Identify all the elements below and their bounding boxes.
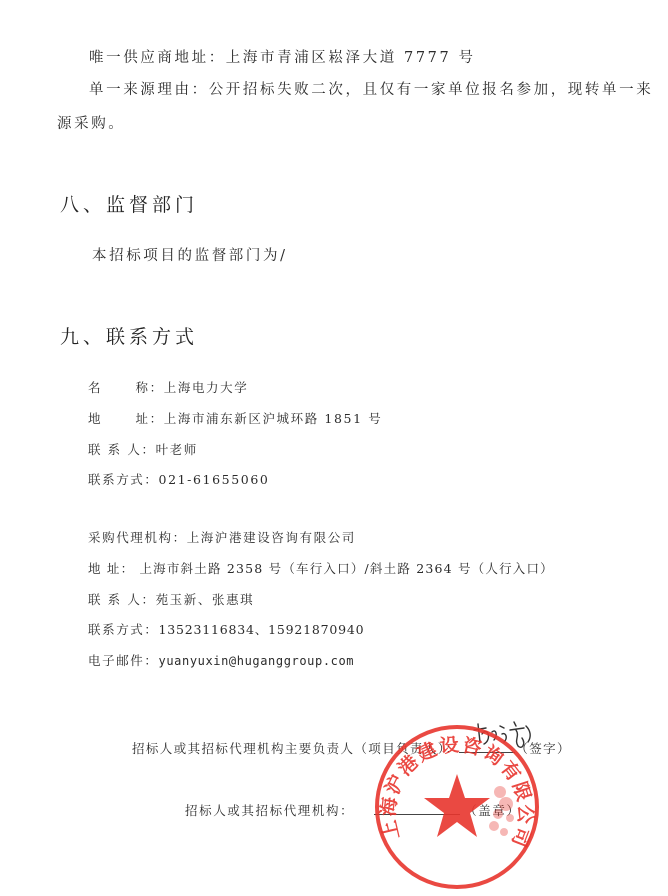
purchaser-name-label: 名 称： bbox=[88, 378, 164, 396]
organization-label: 招标人或其招标代理机构： bbox=[185, 803, 354, 818]
agency-phone-row: 联系方式：13523116834、15921870940 bbox=[88, 620, 364, 638]
purchaser-contact-row: 联 系 人：叶老师 bbox=[88, 440, 198, 458]
supervision-body: 本招标项目的监督部门为/ bbox=[92, 244, 288, 265]
agency-phone-label: 联系方式： bbox=[88, 620, 159, 638]
purchaser-name-row: 名 称：上海电力大学 bbox=[88, 378, 248, 396]
agency-address-value: 上海市斜土路 2358 号（车行入口）/斜土路 2364 号（人行入口） bbox=[134, 561, 554, 576]
purchaser-address-label: 地 址： bbox=[88, 409, 164, 427]
section-heading-contact: 九、联系方式 bbox=[60, 322, 198, 349]
agency-contact-value: 苑玉新、张惠琪 bbox=[156, 592, 255, 607]
section-heading-supervision: 八、监督部门 bbox=[60, 190, 198, 217]
agency-email-row: 电子邮件：yuanyuxin@huganggroup.com bbox=[88, 651, 354, 669]
supplier-address: 唯一供应商地址：上海市青浦区崧泽大道 7777 号 bbox=[89, 46, 476, 67]
agency-email-label: 电子邮件： bbox=[88, 651, 159, 669]
agency-phone-value: 13523116834、15921870940 bbox=[159, 622, 365, 637]
single-source-reason-line1: 单一来源理由：公开招标失败二次，且仅有一家单位报名参加，现转单一来 bbox=[89, 78, 653, 99]
purchaser-phone-value: 021-61655060 bbox=[159, 472, 270, 487]
agency-contact-row: 联 系 人：苑玉新、张惠琪 bbox=[88, 590, 254, 608]
agency-email-value: yuanyuxin@huganggroup.com bbox=[159, 654, 355, 668]
purchaser-phone-label: 联系方式： bbox=[88, 470, 159, 488]
agency-address-label: 地 址： bbox=[88, 559, 134, 577]
agency-contact-label: 联 系 人： bbox=[88, 590, 156, 608]
purchaser-address-value: 上海市浦东新区沪城环路 1851 号 bbox=[164, 411, 383, 426]
company-seal-stamp: 上海沪港建设咨询有限公司 bbox=[372, 722, 542, 892]
purchaser-name-value: 上海电力大学 bbox=[164, 380, 249, 395]
agency-name-row: 采购代理机构：上海沪港建设咨询有限公司 bbox=[88, 528, 356, 546]
purchaser-address-row: 地 址：上海市浦东新区沪城环路 1851 号 bbox=[88, 409, 382, 427]
agency-name-label: 采购代理机构： bbox=[88, 528, 187, 546]
purchaser-phone-row: 联系方式：021-61655060 bbox=[88, 470, 269, 488]
agency-name-value: 上海沪港建设咨询有限公司 bbox=[187, 530, 356, 545]
single-source-reason-line2: 源采购。 bbox=[57, 112, 125, 133]
purchaser-contact-value: 叶老师 bbox=[156, 442, 198, 457]
purchaser-contact-label: 联 系 人： bbox=[88, 440, 156, 458]
agency-address-row: 地 址： 上海市斜土路 2358 号（车行入口）/斜土路 2364 号（人行入口… bbox=[88, 559, 554, 577]
